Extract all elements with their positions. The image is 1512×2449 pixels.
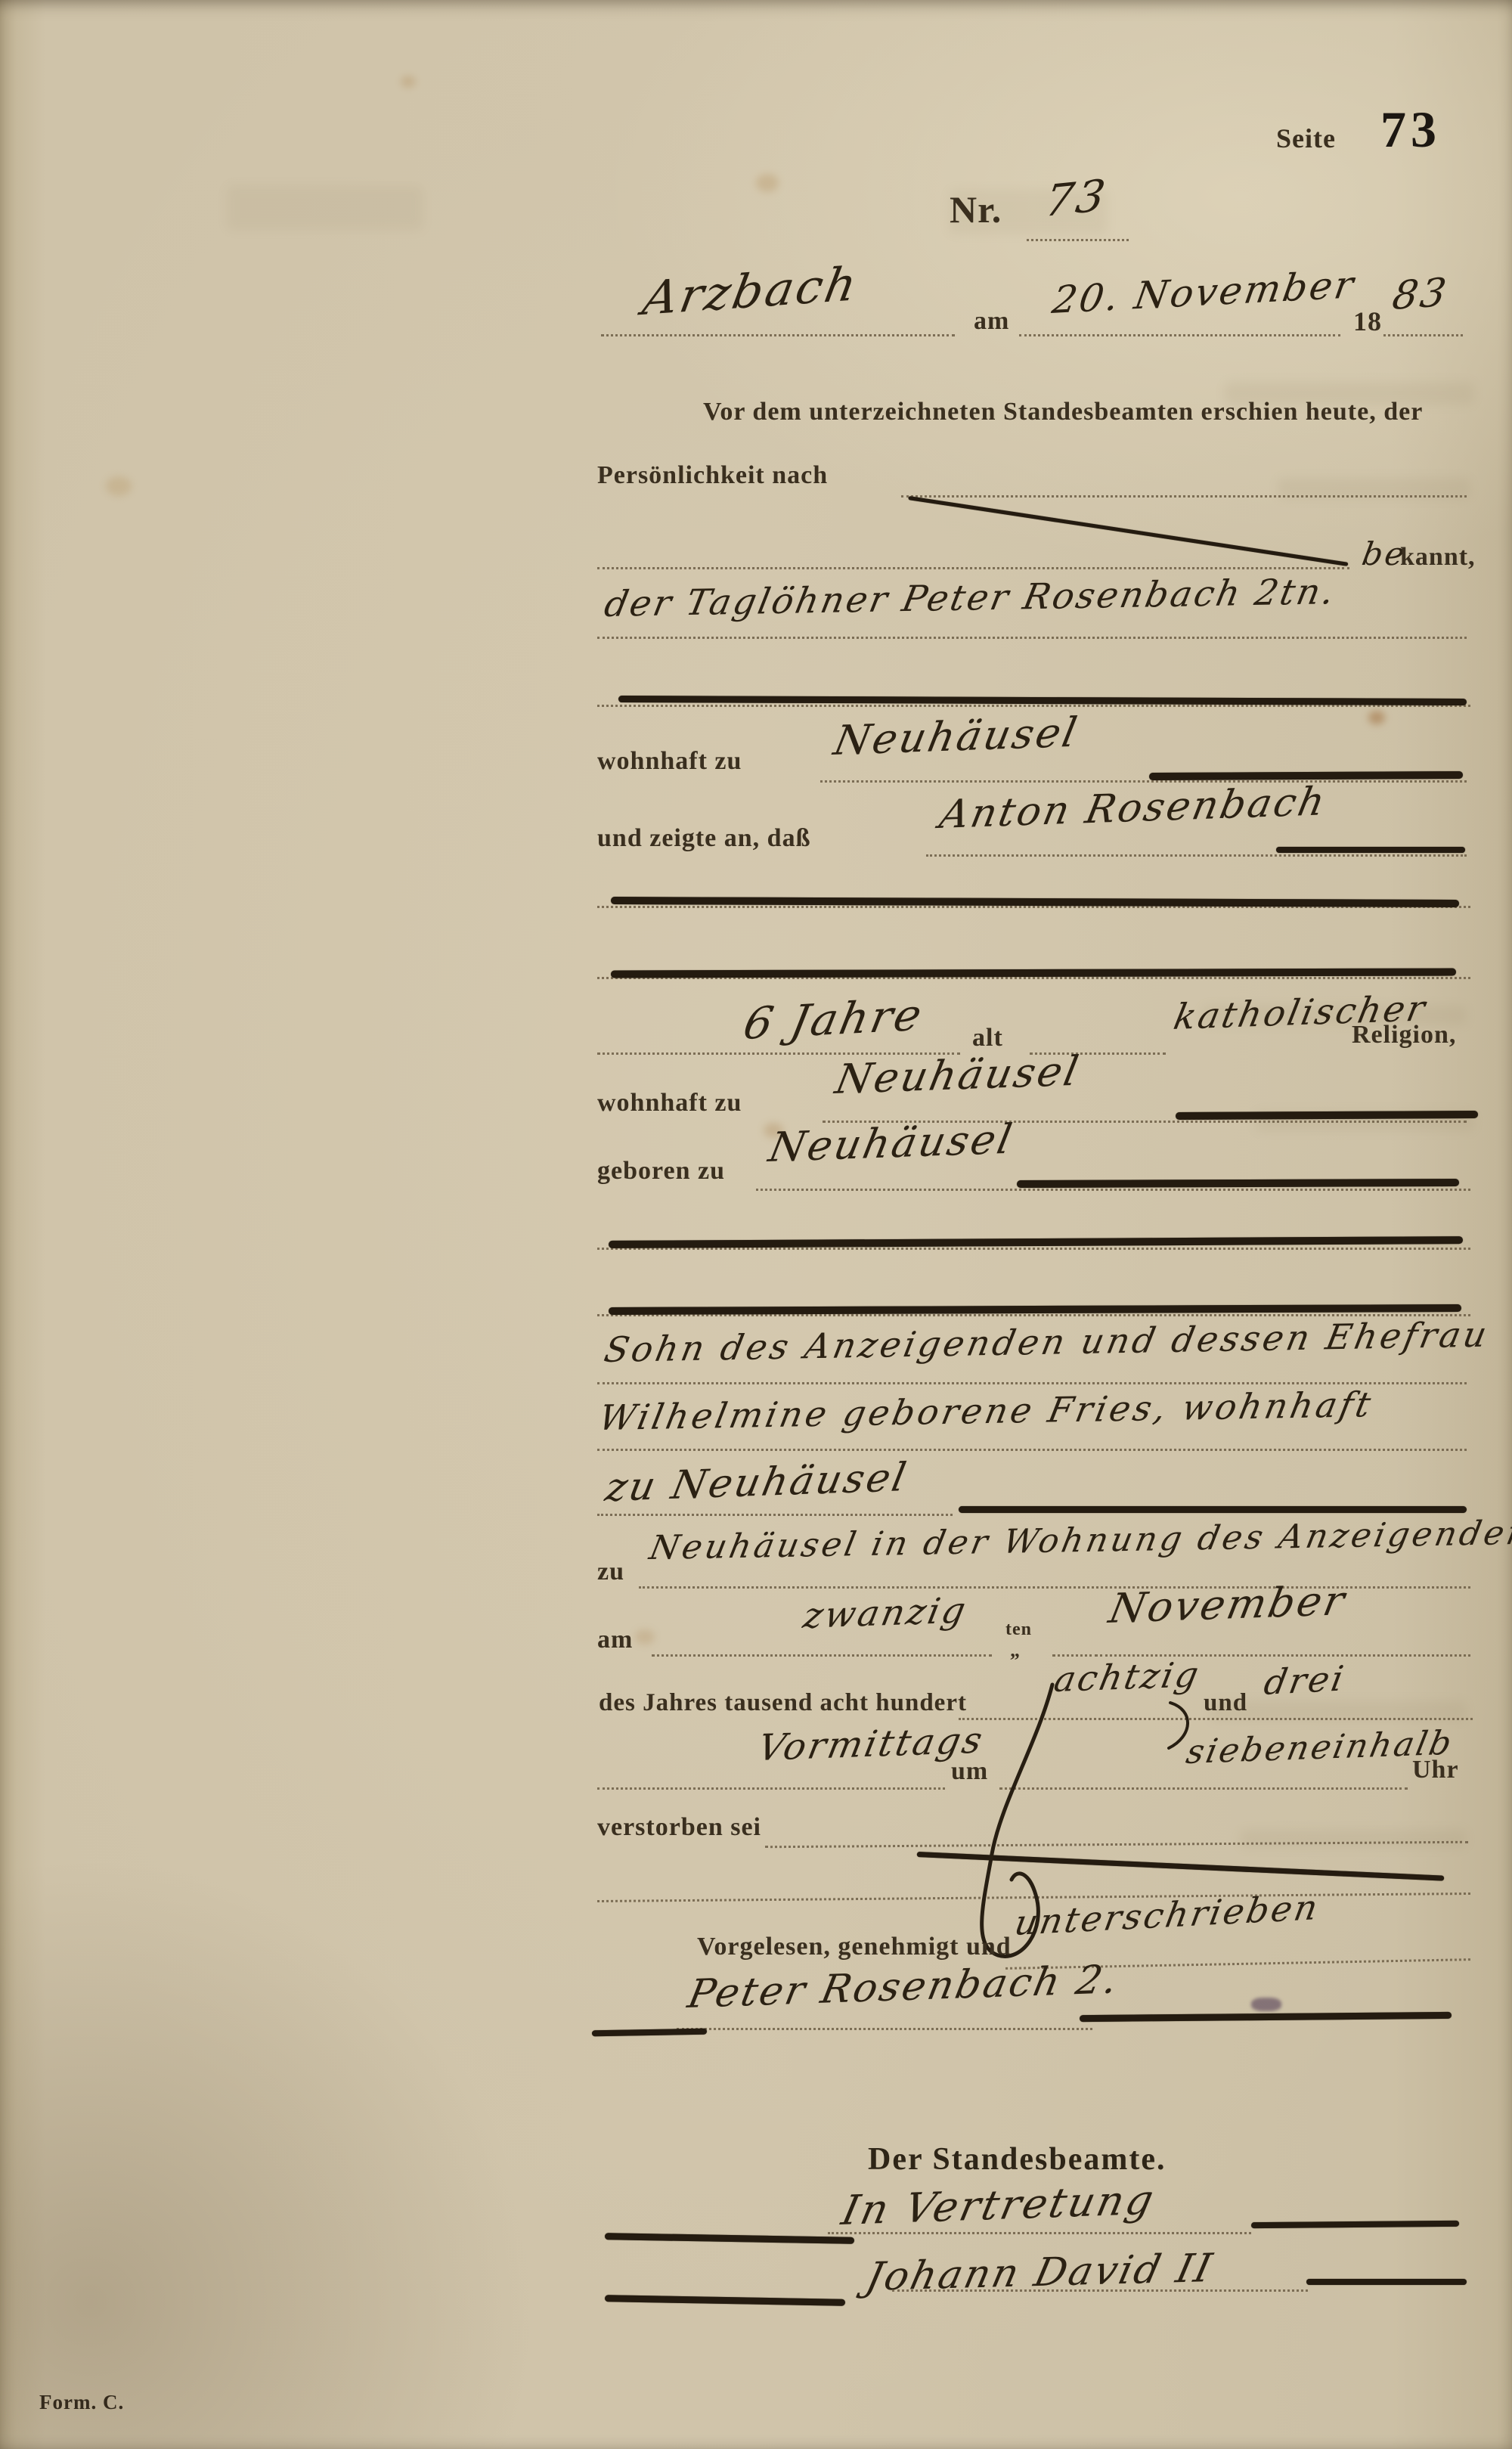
declarant-signature: Peter Rosenbach 2.	[684, 1957, 1123, 2017]
strike-stroke	[959, 1506, 1467, 1513]
year-printed-prefix: 18	[1353, 305, 1382, 337]
fox-spot	[635, 1629, 655, 1645]
registrar-signature: Johann David II	[862, 2246, 1218, 2300]
religion-label: Religion,	[1352, 1021, 1456, 1049]
ink-flourish	[0, 0, 1512, 2449]
strike-stroke	[609, 1304, 1461, 1315]
strike-stroke	[908, 496, 1348, 566]
death-day-suffix: ten	[1005, 1620, 1032, 1640]
bleed-through-smudge	[227, 185, 423, 231]
strike-stroke	[592, 2029, 707, 2037]
closing-printed: Vorgelesen, genehmigt und	[697, 1933, 1012, 1961]
strike-stroke	[917, 1852, 1445, 1881]
year-handwritten: 83	[1390, 270, 1452, 319]
dotted-rule	[828, 2232, 1251, 2234]
strike-stroke	[1306, 2279, 1467, 2285]
dotted-rule	[1052, 1654, 1098, 1657]
dotted-rule	[677, 2028, 1092, 2030]
strike-stroke	[609, 1236, 1463, 1248]
death-month-value: November	[1105, 1576, 1350, 1632]
death-day-suffix-mark: „	[1010, 1639, 1021, 1662]
death-time-uhr-label: Uhr	[1412, 1756, 1459, 1784]
death-time-um-label: um	[951, 1757, 988, 1786]
page-number: 73	[1380, 100, 1441, 160]
intro-line-1: Vor dem unterzeichneten Standesbeamten e…	[703, 398, 1423, 426]
dotted-rule	[597, 1248, 1470, 1250]
declarant-line: der Taglöhner Peter Rosenbach 2tn.	[601, 571, 1340, 625]
dotted-rule	[652, 1654, 992, 1657]
death-year-tens: achtzig	[1051, 1654, 1204, 1700]
place-name: Arzbach	[639, 256, 863, 326]
death-year-und-label: und	[1204, 1689, 1247, 1717]
residence-label-2: wohnhaft zu	[597, 1089, 742, 1118]
strike-stroke	[605, 2233, 854, 2244]
death-year-label: des Jahres tausend acht hundert	[599, 1689, 967, 1717]
strike-stroke	[605, 2295, 845, 2306]
ink-blot	[1251, 1998, 1281, 2011]
dotted-rule	[1019, 334, 1340, 336]
date-value: 20. November	[1049, 262, 1359, 322]
dotted-rule	[597, 637, 1467, 639]
fox-spot	[1368, 711, 1385, 724]
dotted-rule	[999, 1787, 1408, 1790]
dotted-rule	[597, 705, 1470, 707]
register-page: Seite 73 Nr. 73 Arzbach am 20. November …	[0, 0, 1512, 2449]
dotted-rule	[1027, 239, 1129, 241]
personality-label: Persönlichkeit nach	[597, 461, 828, 490]
strike-stroke	[1276, 847, 1465, 853]
dotted-rule	[756, 1189, 1470, 1191]
age-label: alt	[972, 1024, 1003, 1052]
dotted-rule	[901, 495, 1467, 498]
record-number-value: 73	[1042, 169, 1111, 227]
death-am-label: am	[597, 1626, 633, 1654]
dotted-rule	[1383, 334, 1463, 336]
death-day-value: zwanzig	[800, 1590, 971, 1637]
closing-handwritten: unterschrieben	[1012, 1886, 1323, 1943]
fox-spot	[401, 76, 416, 88]
fox-spot	[756, 174, 779, 192]
registrar-title: Der Standesbeamte.	[868, 2141, 1167, 2178]
dotted-rule	[597, 1449, 1467, 1451]
parentage-line-2: Wilhelmine geborene Fries, wohnhaft	[596, 1384, 1377, 1438]
parentage-line-3: zu Neuhäusel	[602, 1455, 912, 1511]
bleed-through-smudge	[1240, 1830, 1467, 1848]
parentage-line-1: Sohn des Anzeigenden und dessen Ehefrau	[601, 1314, 1493, 1370]
deceased-name: Anton Rosenbach	[936, 779, 1331, 838]
dotted-rule	[926, 854, 1467, 857]
form-label: Form. C.	[39, 2391, 124, 2414]
birthplace-label: geboren zu	[597, 1157, 725, 1186]
dotted-rule	[597, 1514, 953, 1516]
strike-stroke	[1080, 2012, 1452, 2022]
bekannt-label: kannt,	[1400, 543, 1476, 572]
strike-stroke	[1149, 771, 1463, 780]
report-label: und zeigte an, daß	[597, 824, 811, 853]
dotted-rule	[959, 1718, 1473, 1720]
residence-value-1: Neuhäusel	[830, 708, 1083, 764]
dotted-rule	[820, 780, 1467, 783]
residence-value-2: Neuhäusel	[832, 1047, 1084, 1103]
birthplace-value: Neuhäusel	[765, 1115, 1018, 1171]
deputy-note: In Vertretung	[838, 2176, 1160, 2234]
dotted-rule	[597, 1787, 945, 1790]
dotted-rule	[892, 2289, 1308, 2292]
record-number-label: Nr.	[950, 188, 1002, 231]
strike-stroke	[1251, 2221, 1459, 2228]
dotted-rule	[597, 567, 1349, 569]
date-am-label: am	[974, 307, 1009, 336]
fox-spot	[106, 476, 132, 496]
seite-label: Seite	[1276, 122, 1336, 154]
death-year-ones: drei	[1261, 1658, 1349, 1703]
strike-stroke	[1017, 1179, 1459, 1188]
deceased-verb-label: verstorben sei	[597, 1813, 761, 1842]
death-place-value: Neuhäusel in der Wohnung des Anzeigenden	[646, 1514, 1512, 1567]
age-value: 6 Jahre	[739, 989, 928, 1049]
dotted-rule	[601, 334, 955, 336]
residence-label-1: wohnhaft zu	[597, 747, 742, 776]
strike-stroke	[1176, 1111, 1478, 1120]
death-place-zu-label: zu	[597, 1558, 624, 1586]
